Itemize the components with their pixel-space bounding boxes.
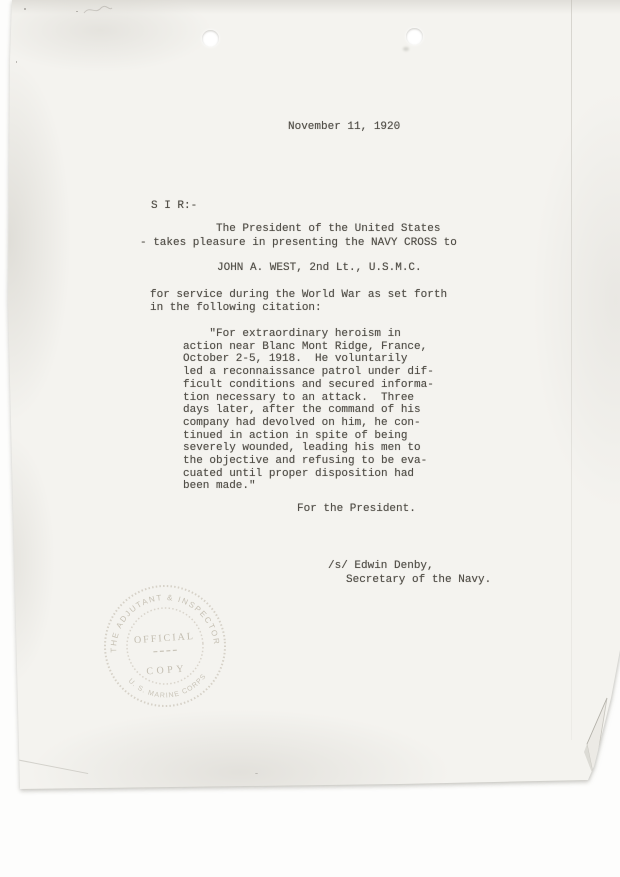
scanned-letter-page: November 11, 1920 S I R:- The President … xyxy=(0,0,620,877)
ink-smudge xyxy=(403,47,409,51)
date-line: November 11, 1920 xyxy=(288,121,400,134)
signature-name: /s/ Edwin Denby, xyxy=(328,560,434,573)
hole-punch-left xyxy=(202,30,219,47)
svg-text:U. S. MARINE CORPS: U. S. MARINE CORPS xyxy=(126,672,209,702)
stamp-center-line-1: OFFICIAL xyxy=(134,631,196,646)
stamp-arc-bottom-text: U. S. MARINE CORPS xyxy=(126,672,209,702)
stamp-divider-line xyxy=(153,650,177,652)
folded-corner xyxy=(575,690,620,786)
signature-title: Secretary of the Navy. xyxy=(346,574,491,587)
service-line-2: in the following citation: xyxy=(150,302,322,315)
paper-speck xyxy=(76,11,78,12)
intro-line-1: The President of the United States xyxy=(216,223,440,236)
official-copy-stamp: THE ADJUTANT & INSPECTOR U. S. MARINE CO… xyxy=(96,577,235,716)
citation-block: "For extraordinary heroism in action nea… xyxy=(183,328,434,493)
paper-sheet: November 11, 1920 S I R:- The President … xyxy=(0,0,620,877)
closing-line: For the President. xyxy=(297,503,416,516)
recipient-line: JOHN A. WEST, 2nd Lt., U.S.M.C. xyxy=(217,262,422,275)
paper-speck xyxy=(16,61,17,63)
pencil-squiggle xyxy=(82,2,114,18)
intro-line-2: - takes pleasure in presenting the NAVY … xyxy=(140,237,457,250)
paper-speck xyxy=(24,8,26,10)
service-line-1: for service during the World War as set … xyxy=(150,289,447,302)
paper-surface: November 11, 1920 S I R:- The President … xyxy=(0,0,620,790)
paper-speck xyxy=(255,773,258,774)
bottom-left-crease xyxy=(0,755,88,774)
hole-punch-right xyxy=(406,28,423,45)
vertical-crease xyxy=(571,0,572,740)
salutation: S I R:- xyxy=(151,200,197,213)
stamp-center-line-2: COPY xyxy=(146,664,187,678)
